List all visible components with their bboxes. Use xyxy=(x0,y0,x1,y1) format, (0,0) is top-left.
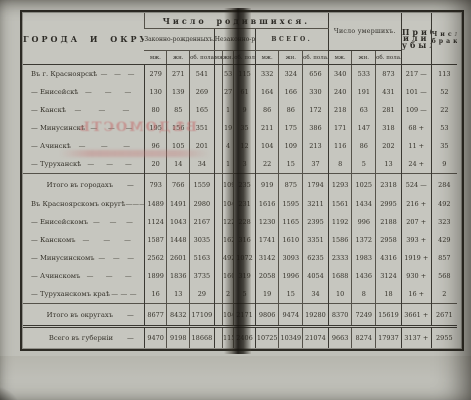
value-cell: 80 xyxy=(144,101,167,119)
value-cell: 17109 xyxy=(190,304,215,327)
value-cell: 1741 xyxy=(255,231,279,249)
subcol-header-жн: жн. xyxy=(167,51,190,65)
dash-leader: — xyxy=(132,200,139,208)
value-cell: 34 xyxy=(303,285,329,304)
value-cell: 207 + xyxy=(401,213,431,231)
value-cell xyxy=(214,327,222,349)
value-cell: 34 xyxy=(190,155,215,174)
balance-column-header: Прибыль + или убыль. — xyxy=(401,13,431,65)
value-cell: 86 xyxy=(255,101,279,119)
value-cell: 175 xyxy=(279,119,303,137)
value-cell: 1489 xyxy=(144,195,167,213)
value-cell: 13 xyxy=(376,155,402,174)
value-cell: 15 xyxy=(279,155,303,174)
value-cell: 271 xyxy=(167,65,190,84)
value-cell xyxy=(214,137,222,155)
dash-leader: — xyxy=(127,311,134,319)
value-cell: 1616 xyxy=(255,195,279,213)
row-name: Въ Красноярскомъ округѣ xyxy=(31,200,125,208)
dash-leader: — xyxy=(98,88,118,96)
value-cell: 1072 xyxy=(234,249,256,267)
value-cell: 1983 xyxy=(352,249,376,267)
value-cell: 162 xyxy=(222,231,233,249)
value-cell: 130 xyxy=(144,83,167,101)
row-name: Итого въ округахъ xyxy=(47,311,113,319)
value-cell: 2167 xyxy=(190,213,215,231)
value-cell: 857 xyxy=(431,249,457,267)
table-body: Въ г. Красноярскѣ———27927154153115332324… xyxy=(23,65,457,349)
value-cell: 1293 xyxy=(328,174,352,196)
dash-leader: — xyxy=(95,254,109,262)
value-cell: 1372 xyxy=(352,231,376,249)
value-cell xyxy=(214,304,222,327)
value-cell xyxy=(214,231,222,249)
value-cell: 147 xyxy=(352,119,376,137)
value-cell: 269 xyxy=(190,83,215,101)
value-cell: 1448 xyxy=(167,231,190,249)
value-cell: 109 xyxy=(279,137,303,155)
value-cell: 9474 xyxy=(279,304,303,327)
value-cell: 19280 xyxy=(303,304,329,327)
value-cell: 1587 xyxy=(144,231,167,249)
row-label: — Енисейскомъ——— xyxy=(23,213,144,231)
value-cell xyxy=(214,195,222,213)
value-cell: 279 xyxy=(144,65,167,84)
dash-leader: — xyxy=(119,272,138,280)
value-cell: 191 xyxy=(352,83,376,101)
table-row: — Минусинскомъ———25622601516349210723142… xyxy=(23,249,457,267)
table-row: — Канскомъ———158714483035162316174116103… xyxy=(23,231,457,249)
value-cell: 20 xyxy=(144,155,167,174)
value-cell: 27 xyxy=(222,83,233,101)
value-cell: 1919 + xyxy=(401,249,431,267)
dash-leader: — xyxy=(111,70,125,78)
value-cell: 139 xyxy=(167,83,190,101)
value-cell xyxy=(214,155,222,174)
dash-leader: — xyxy=(121,218,138,226)
value-cell: 16 xyxy=(144,285,167,304)
table-row: — Канскѣ———808516519868617221863281109 —… xyxy=(23,101,457,119)
value-cell: 1 xyxy=(222,155,233,174)
row-label: Итого въ городахъ— xyxy=(23,174,144,196)
table-row: — Туруханскѣ———20143413221537851324 +9 xyxy=(23,155,457,174)
value-cell: 171 xyxy=(328,119,352,137)
value-cell: 10725 xyxy=(255,327,279,349)
row-label: — Туруханскѣ——— xyxy=(23,155,144,174)
dash-leader: — xyxy=(110,290,119,298)
value-cell: 213 xyxy=(303,137,329,155)
value-cell: 2058 xyxy=(255,267,279,285)
value-cell: 160 xyxy=(222,267,233,285)
dash-leader: — xyxy=(119,290,128,298)
value-cell: 202 xyxy=(376,137,402,155)
value-cell: 104 xyxy=(222,195,233,213)
names-column-header: ГОРОДА И ОКРУГА. xyxy=(23,13,144,65)
value-cell: 8 xyxy=(328,155,352,174)
value-cell: 86 xyxy=(279,101,303,119)
value-cell: 113 xyxy=(431,65,457,84)
value-cell: 235 xyxy=(234,174,256,196)
value-cell: 1436 xyxy=(352,267,376,285)
dash-leader: — xyxy=(105,218,122,226)
value-cell: 3351 xyxy=(303,231,329,249)
value-cell: 7249 xyxy=(352,304,376,327)
value-cell: 492 xyxy=(431,195,457,213)
subcol-header-мж: мж. xyxy=(214,51,222,65)
value-cell: 104 xyxy=(255,137,279,155)
value-cell: 35 xyxy=(431,137,457,155)
dash-leader: — xyxy=(119,160,138,168)
value-cell: 1559 xyxy=(190,174,215,196)
row-name: Всего въ губерніи xyxy=(49,334,113,342)
value-cell xyxy=(214,285,222,304)
value-cell: 8370 xyxy=(328,304,352,327)
value-cell: 9198 xyxy=(167,327,190,349)
subcol-header-жн: жн. xyxy=(352,51,376,65)
value-cell: 2601 xyxy=(167,249,190,267)
table-row: Всего въ губерніи—9470919818668115124061… xyxy=(23,327,457,349)
dash-leader: — xyxy=(109,254,123,262)
value-cell: 166 xyxy=(279,83,303,101)
value-cell: 318 xyxy=(376,119,402,137)
value-cell: 332 xyxy=(255,65,279,84)
table-row: Итого въ округахъ—8677843217109104221719… xyxy=(23,304,457,327)
value-cell xyxy=(214,83,222,101)
value-cell: 429 xyxy=(431,231,457,249)
value-cell: 9 xyxy=(234,101,256,119)
scan-corner-shadow xyxy=(0,386,20,400)
value-cell: 4316 xyxy=(376,249,402,267)
value-cell: 11 + xyxy=(401,137,431,155)
row-label: — Туруханскомъ краѣ——— xyxy=(23,285,144,304)
value-cell: 1610 xyxy=(279,231,303,249)
value-cell: 2406 xyxy=(234,327,256,349)
value-cell: 165 xyxy=(190,101,215,119)
value-cell: 316 xyxy=(234,231,256,249)
dash-leader: — xyxy=(116,142,138,150)
value-cell: 2980 xyxy=(190,195,215,213)
value-cell: 930 + xyxy=(401,267,431,285)
value-cell: 324 xyxy=(279,65,303,84)
value-cell: 109 xyxy=(222,174,233,196)
value-cell xyxy=(214,213,222,231)
value-cell: 9663 xyxy=(328,327,352,349)
dash-leader: — xyxy=(93,142,115,150)
value-cell: 3211 xyxy=(303,195,329,213)
value-cell: 240 xyxy=(328,83,352,101)
balance-line3: убыль. — xyxy=(402,40,431,50)
dash-leader: — xyxy=(96,236,117,244)
row-name: — Минусинскомъ xyxy=(31,254,95,262)
table-row: — Ачинскомъ———18991836373516031920581996… xyxy=(23,267,457,285)
legitimate-births-header: Законно-рожденныхъ. xyxy=(144,29,214,51)
value-cell: 875 xyxy=(279,174,303,196)
value-cell: 231 xyxy=(234,195,256,213)
value-cell: 996 xyxy=(352,213,376,231)
value-cell: 19 xyxy=(222,119,233,137)
value-cell: 1491 xyxy=(167,195,190,213)
value-cell: 873 xyxy=(376,65,402,84)
value-cell: 4 xyxy=(222,137,233,155)
marriages-column-header: Число браковъ. xyxy=(431,13,457,65)
row-name: — Енисейскомъ xyxy=(31,218,88,226)
value-cell xyxy=(214,267,222,285)
ink-bleed-smudge xyxy=(60,150,210,157)
paper-margin xyxy=(0,356,471,400)
dash-leader: — xyxy=(90,106,114,114)
row-name: — Канскомъ xyxy=(31,236,76,244)
value-cell: 2318 xyxy=(376,174,402,196)
row-name: — Ачинскомъ xyxy=(31,272,80,280)
row-label: — Минусинскомъ——— xyxy=(23,249,144,267)
subcol-header-мж: мж. xyxy=(255,51,279,65)
value-cell: 101 — xyxy=(401,83,431,101)
value-cell: 116 xyxy=(328,137,352,155)
value-cell xyxy=(214,249,222,267)
value-cell: 3 xyxy=(234,155,256,174)
row-name: — Ачинскѣ xyxy=(31,142,71,150)
row-label: Всего въ губерніи— xyxy=(23,327,144,349)
value-cell: 1434 xyxy=(352,195,376,213)
value-cell: 2955 xyxy=(431,327,457,349)
subcol-header-мж: мж. xyxy=(144,51,167,65)
value-cell: 281 xyxy=(376,101,402,119)
value-cell: 656 xyxy=(303,65,329,84)
value-cell: 2562 xyxy=(144,249,167,267)
value-cell: 15619 xyxy=(376,304,402,327)
value-cell: 3093 xyxy=(279,249,303,267)
value-cell: 284 xyxy=(431,174,457,196)
row-name: — Енисейскѣ xyxy=(31,88,79,96)
value-cell: 8274 xyxy=(352,327,376,349)
dash-leader: — xyxy=(124,70,138,78)
value-cell: 1230 xyxy=(255,213,279,231)
value-cell: 211 xyxy=(255,119,279,137)
value-cell: 386 xyxy=(303,119,329,137)
deaths-group-header: Число умершихъ. xyxy=(328,13,401,51)
dash-leader: — xyxy=(139,200,144,208)
value-cell: 340 xyxy=(328,65,352,84)
value-cell xyxy=(214,174,222,196)
value-cell xyxy=(214,101,222,119)
value-cell: 5 xyxy=(234,285,256,304)
value-cell: 319 xyxy=(234,267,256,285)
row-name: — Туруханскомъ краѣ xyxy=(31,290,110,298)
value-cell: 16 + xyxy=(401,285,431,304)
value-cell: 18 xyxy=(376,285,402,304)
row-label: — Канскомъ——— xyxy=(23,231,144,249)
marriages-line2: браковъ. xyxy=(432,38,457,45)
value-cell: 1 xyxy=(222,101,233,119)
value-cell: 568 xyxy=(431,267,457,285)
value-cell: 393 + xyxy=(401,231,431,249)
value-cell: 1165 xyxy=(279,213,303,231)
subcol-header-обпола: об. пола. xyxy=(190,51,215,65)
dash-leader: — xyxy=(129,290,138,298)
value-cell: 218 xyxy=(328,101,352,119)
value-cell: 9 xyxy=(431,155,457,174)
dash-leader: — xyxy=(71,142,93,150)
value-cell: 541 xyxy=(190,65,215,84)
value-cell: 217 — xyxy=(401,65,431,84)
dash-leader: — xyxy=(114,106,138,114)
table-row: — Енисейскѣ———13013926927611641663302401… xyxy=(23,83,457,101)
value-cell: 431 xyxy=(376,83,402,101)
subcol-header-обпола: об. пола. xyxy=(303,51,329,65)
value-cell: 35 xyxy=(234,119,256,137)
value-cell: 524 — xyxy=(401,174,431,196)
value-cell: 52 xyxy=(431,83,457,101)
row-label: — Енисейскѣ——— xyxy=(23,83,144,101)
value-cell: 122 xyxy=(222,213,233,231)
table-row: Въ Красноярскомъ округѣ———14891491298010… xyxy=(23,195,457,213)
value-cell: 164 xyxy=(255,83,279,101)
value-cell: 3124 xyxy=(376,267,402,285)
value-cell: 1836 xyxy=(167,267,190,285)
value-cell: 15 xyxy=(279,285,303,304)
value-cell: 1124 xyxy=(144,213,167,231)
value-cell: 3142 xyxy=(255,249,279,267)
value-cell: 14 xyxy=(167,155,190,174)
value-cell: 3661 + xyxy=(401,304,431,327)
value-cell: 2 xyxy=(431,285,457,304)
value-cell: 2995 xyxy=(376,195,402,213)
dash-leader: — xyxy=(100,160,119,168)
value-cell: 8677 xyxy=(144,304,167,327)
row-name: Итого въ городахъ xyxy=(47,181,113,189)
illegitimate-births-header: Незаконно-рожденныхъ. xyxy=(214,29,255,51)
scanned-page: ВѢДОМОСТЬ ГОРОДА И ОКРУГА. Число родивши… xyxy=(0,0,471,400)
subcol-header-жн: жн. xyxy=(279,51,303,65)
value-cell: 216 + xyxy=(401,195,431,213)
value-cell: 2958 xyxy=(376,231,402,249)
value-cell: 109 — xyxy=(401,101,431,119)
value-cell: 5 xyxy=(352,155,376,174)
table-row: Въ г. Красноярскѣ———27927154153115332324… xyxy=(23,65,457,84)
value-cell: 1595 xyxy=(279,195,303,213)
table-row: — Енисейскомъ———112410432167122228123011… xyxy=(23,213,457,231)
value-cell: 17937 xyxy=(376,327,402,349)
value-cell: 3137 + xyxy=(401,327,431,349)
value-cell: 793 xyxy=(144,174,167,196)
value-cell: 37 xyxy=(303,155,329,174)
subcol-header-обпола: об. пола. xyxy=(376,51,402,65)
row-label: — Канскѣ——— xyxy=(23,101,144,119)
value-cell: 3735 xyxy=(190,267,215,285)
row-label: — Ачинскомъ——— xyxy=(23,267,144,285)
value-cell: 21074 xyxy=(303,327,329,349)
value-cell: 533 xyxy=(352,65,376,84)
value-cell: 18668 xyxy=(190,327,215,349)
row-label: Итого въ округахъ— xyxy=(23,304,144,327)
value-cell: 1043 xyxy=(167,213,190,231)
dash-leader: — xyxy=(117,236,138,244)
table-header: ГОРОДА И ОКРУГА. Число родившихся. Число… xyxy=(23,13,457,65)
subcol-header-обпола: об. пола. xyxy=(234,51,256,65)
value-cell: 8 xyxy=(352,285,376,304)
row-name: — Канскѣ xyxy=(31,106,66,114)
dash-leader: — xyxy=(80,272,99,280)
value-cell: 29 xyxy=(190,285,215,304)
row-label: Въ Красноярскомъ округѣ——— xyxy=(23,195,144,213)
value-cell: 53 xyxy=(431,119,457,137)
statistics-table: ГОРОДА И ОКРУГА. Число родившихся. Число… xyxy=(23,13,457,348)
row-label: Въ г. Красноярскѣ——— xyxy=(23,65,144,84)
value-cell: 13 xyxy=(167,285,190,304)
value-cell: 2671 xyxy=(431,304,457,327)
row-name: — Туруханскѣ xyxy=(31,160,81,168)
value-cell: 3035 xyxy=(190,231,215,249)
value-cell: 228 xyxy=(234,213,256,231)
value-cell: 1996 xyxy=(279,267,303,285)
value-cell: 22 xyxy=(431,101,457,119)
dash-leader: — xyxy=(100,272,119,280)
value-cell: 22 xyxy=(255,155,279,174)
dash-leader: — xyxy=(127,181,134,189)
value-cell: 2395 xyxy=(303,213,329,231)
value-cell: 1688 xyxy=(328,267,352,285)
value-cell: 115 xyxy=(234,65,256,84)
value-cell: 4054 xyxy=(303,267,329,285)
value-cell: 6235 xyxy=(303,249,329,267)
value-cell: 1192 xyxy=(328,213,352,231)
value-cell: 68 + xyxy=(401,119,431,137)
subcol-header-жн: жн. xyxy=(222,51,233,65)
table-row: Итого въ городахъ—7937661559109235919875… xyxy=(23,174,457,196)
value-cell: 10349 xyxy=(279,327,303,349)
value-cell: 10 xyxy=(328,285,352,304)
value-cell: 2 xyxy=(222,285,233,304)
dash-leader: — xyxy=(97,70,111,78)
value-cell: 86 xyxy=(352,137,376,155)
value-cell: 5163 xyxy=(190,249,215,267)
dash-leader: — xyxy=(66,106,90,114)
value-cell: 1561 xyxy=(328,195,352,213)
dash-leader: — xyxy=(118,88,138,96)
value-cell: 24 + xyxy=(401,155,431,174)
value-cell: 766 xyxy=(167,174,190,196)
value-cell: 492 xyxy=(222,249,233,267)
value-cell: 2333 xyxy=(328,249,352,267)
value-cell: 12 xyxy=(234,137,256,155)
value-cell: 63 xyxy=(352,101,376,119)
births-group-header: Число родившихся. xyxy=(144,13,328,29)
value-cell xyxy=(214,65,222,84)
value-cell: 172 xyxy=(303,101,329,119)
table-row: — Туруханскомъ краѣ———161329251915341081… xyxy=(23,285,457,304)
dash-leader: — xyxy=(125,200,132,208)
value-cell: 8432 xyxy=(167,304,190,327)
value-cell: 1151 xyxy=(222,327,233,349)
value-cell: 330 xyxy=(303,83,329,101)
value-cell: 19 xyxy=(255,285,279,304)
value-cell: 9470 xyxy=(144,327,167,349)
value-cell: 61 xyxy=(234,83,256,101)
value-cell: 53 xyxy=(222,65,233,84)
table-frame: ГОРОДА И ОКРУГА. Число родившихся. Число… xyxy=(20,10,464,351)
dash-leader: — xyxy=(81,160,100,168)
value-cell: 1042 xyxy=(222,304,233,327)
dash-leader: — xyxy=(76,236,97,244)
row-name: Въ г. Красноярскѣ xyxy=(31,70,97,78)
subcol-header-мж: мж. xyxy=(328,51,352,65)
dash-leader: — xyxy=(88,218,105,226)
ink-bleed-watermark: ВѢДОМОСТЬ xyxy=(52,120,222,135)
value-cell: 323 xyxy=(431,213,457,231)
total-births-header: ВСЕГО. xyxy=(255,29,328,51)
value-cell: 1586 xyxy=(328,231,352,249)
dash-leader: — xyxy=(127,334,134,342)
